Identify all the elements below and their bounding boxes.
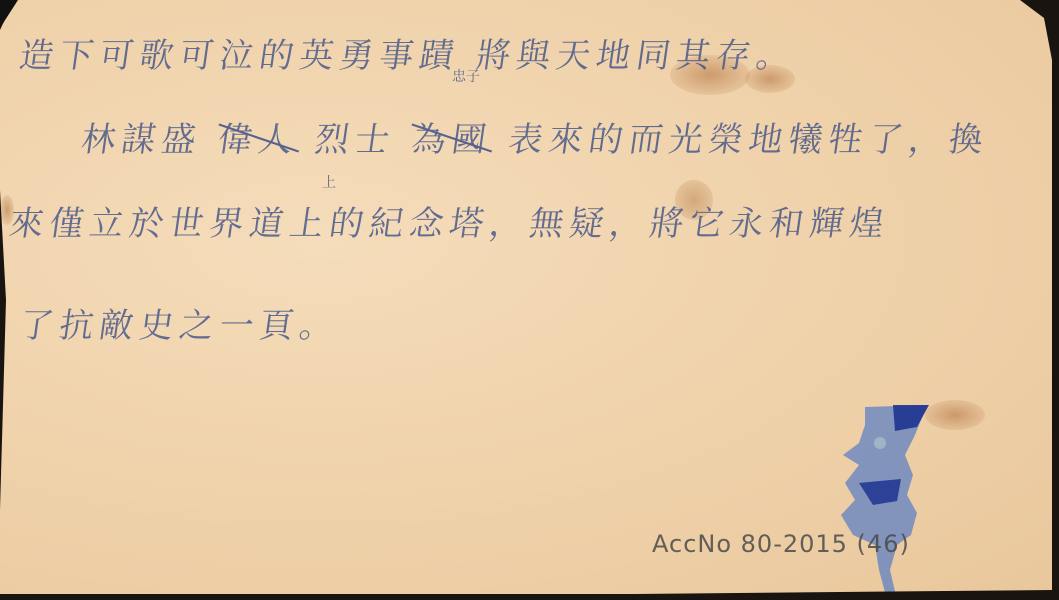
scan-edge-bottom [0,594,1059,600]
handwritten-line-1: 造下可歌可泣的英勇事蹟 將與天地同其存。 [17,28,801,77]
insertion-mark-1: 忠子 [452,66,480,86]
struck-text-1: 偉人 [215,112,302,161]
accession-number: AccNo 80-2015 (46) [652,530,910,558]
insertion-mark-2: 上 [322,172,336,192]
line-2-middle: 烈士 [312,120,398,160]
paper-sheet: 造下可歌可泣的英勇事蹟 將與天地同其存。 林謀盛 偉人 烈士 為國 表來的而光榮… [0,0,1059,600]
struck-text-2: 為國 [409,112,496,161]
ink-blot [835,395,935,600]
line-2-prefix: 林謀盛 [79,120,205,160]
handwritten-line-2: 林謀盛 偉人 烈士 為國 表來的而光榮地犧牲了，換 [79,112,993,161]
handwritten-line-3: 來僅立於世界道上的紀念塔，無疑，將它永和輝煌 [7,196,894,245]
handwritten-line-4: 了抗敵史之一頁。 [17,298,344,347]
line-2-suffix: 表來的而光榮地犧牲了，換 [506,120,992,160]
